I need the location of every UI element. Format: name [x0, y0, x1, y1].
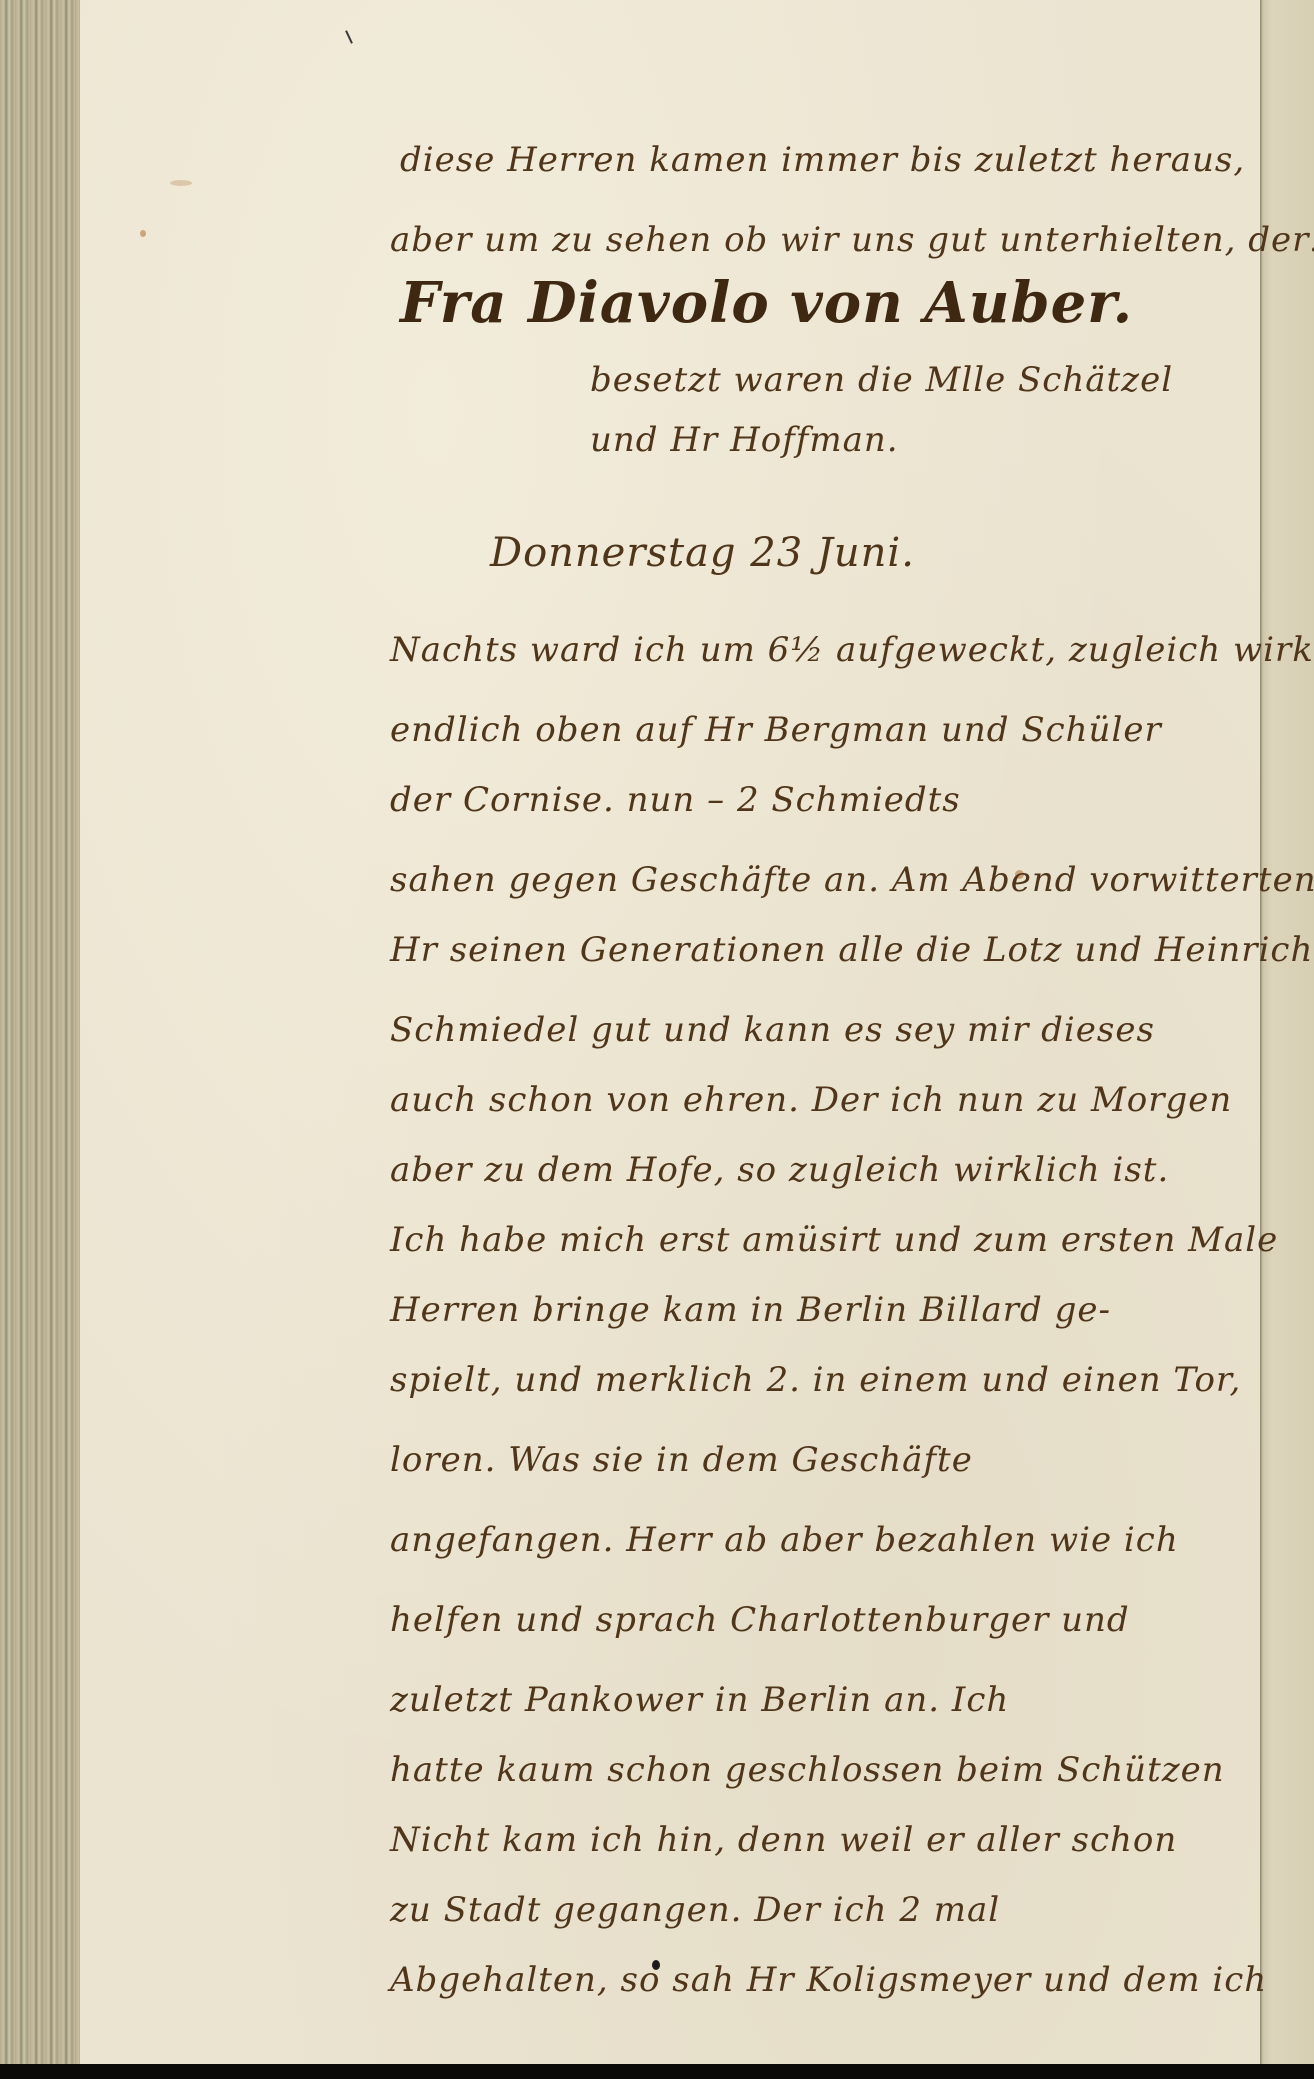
text-line: Hr seinen Generationen alle die Lotz und… [390, 930, 1313, 970]
foxing-spot [170, 180, 192, 186]
diary-date-heading: Donnerstag 23 Juni. [490, 530, 915, 576]
text-line: angefangen. Herr ab aber bezahlen wie ic… [390, 1520, 1179, 1560]
text-line: zu Stadt gegangen. Der ich 2 mal [390, 1890, 1000, 1930]
pen-mark [345, 30, 353, 44]
foxing-spot [140, 230, 146, 237]
text-line: Schmiedel gut und kann es sey mir dieses [390, 1010, 1155, 1050]
text-line: sahen gegen Geschäfte an. Am Abend vorwi… [390, 860, 1314, 900]
text-line: Nicht kam ich hin, denn weil er aller sc… [390, 1820, 1177, 1860]
text-line: Ich habe mich erst amüsirt und zum erste… [390, 1220, 1278, 1260]
text-line: loren. Was sie in dem Geschäfte [390, 1440, 973, 1480]
text-line: Herren bringe kam in Berlin Billard ge- [390, 1290, 1111, 1330]
text-line: besetzt waren die Mlle Schätzel [590, 360, 1173, 400]
text-line: auch schon von ehren. Der ich nun zu Mor… [390, 1080, 1232, 1120]
text-line: endlich oben auf Hr Bergman und Schüler [390, 710, 1162, 750]
text-line: aber zu dem Hofe, so zugleich wirklich i… [390, 1150, 1169, 1190]
text-line: diese Herren kamen immer bis zuletzt her… [400, 140, 1245, 180]
text-line: zuletzt Pankower in Berlin an. Ich [390, 1680, 1009, 1720]
text-line: der Cornise. nun – 2 Schmiedts [390, 780, 961, 820]
gutter-next-page [1260, 0, 1314, 2064]
page-stack-edge [0, 0, 81, 2064]
text-line: Nachts ward ich um 6½ aufgeweckt, zuglei… [390, 630, 1314, 670]
text-line: und Hr Hoffman. [590, 420, 899, 460]
text-line: aber um zu sehen ob wir uns gut unterhie… [390, 220, 1314, 260]
text-line: helfen und sprach Charlottenburger und [390, 1600, 1130, 1640]
text-line: spielt, und merklich 2. in einem und ein… [390, 1360, 1241, 1400]
text-line: Abgehalten, so sah Hr Koligsmeyer und de… [390, 1960, 1267, 2000]
book-spread: diese Herren kamen immer bis zuletzt her… [0, 0, 1314, 2064]
opera-title: Fra Diavolo von Auber. [400, 270, 1133, 336]
text-line: hatte kaum schon geschlossen beim Schütz… [390, 1750, 1225, 1790]
